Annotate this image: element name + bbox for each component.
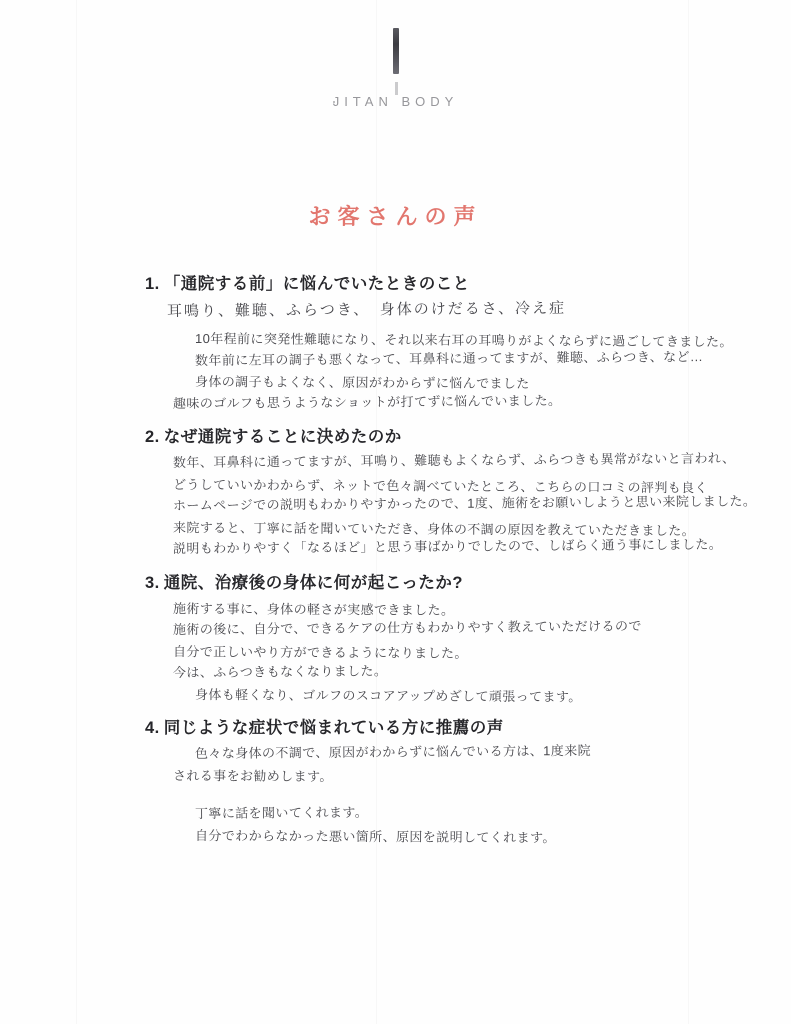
question-text: 通院、治療後の身体に何が起こったか? bbox=[164, 574, 463, 592]
handwritten-answer-line: 丁寧に話を聞いてくれます。 bbox=[195, 799, 767, 825]
handwritten-answer-line: ホームページでの説明もわかりやすかったので、1度、施術をお願いしようと思い来院し… bbox=[173, 490, 767, 516]
question-text: 「通院する前」に悩んでいたときのこと bbox=[164, 275, 470, 293]
question-section-4: 4.同じような症状で悩まれている方に推薦の声 色々な身体の不調で、原因がわからず… bbox=[145, 718, 767, 846]
handwritten-answer-line: 説明もわかりやすく「なるほど」と思う事ばかりでしたので、しばらく通う事にしました… bbox=[173, 533, 767, 559]
scanned-page: JITAN BODY お客さんの声 1.「通院する前」に悩んでいたときのこと 耳… bbox=[0, 0, 791, 1024]
question-section-2: 2.なぜ通院することに決めたのか 数年、耳鼻科に通ってますが、耳鳴り、難聴もよく… bbox=[145, 427, 767, 560]
testimonial-content: 1.「通院する前」に悩んでいたときのこと 耳鳴り、難聴、ふらつき、 身体のけだる… bbox=[145, 274, 767, 846]
question-text: なぜ通院することに決めたのか bbox=[164, 428, 402, 446]
handwritten-answer-line: 色々な身体の不調で、原因がわからずに悩んでいる方は、1度来院 bbox=[195, 739, 767, 765]
question-number: 3. bbox=[145, 574, 160, 592]
handwritten-answer-line: 数年前に左耳の調子も悪くなって、耳鼻科に通ってますが、難聴、ふらつき、など… bbox=[195, 345, 767, 371]
question-heading: 3.通院、治療後の身体に何が起こったか? bbox=[145, 573, 767, 593]
question-number: 1. bbox=[145, 275, 160, 293]
handwritten-answer-line: 施術の後に、自分で、できるケアの仕方もわかりやすく教えていただけるので bbox=[173, 614, 767, 640]
question-heading: 2.なぜ通院することに決めたのか bbox=[145, 427, 767, 447]
handwritten-answer-line: 今は、ふらつきもなくなりました。 bbox=[173, 657, 767, 683]
question-number: 4. bbox=[145, 719, 160, 737]
brand-name: JITAN BODY bbox=[0, 94, 791, 109]
scan-artifact bbox=[76, 0, 77, 1024]
handwritten-answer-line: 趣味のゴルフも思うようなショットが打てずに悩んでいました。 bbox=[173, 388, 767, 414]
question-heading: 1.「通院する前」に悩んでいたときのこと bbox=[145, 274, 767, 294]
handwritten-answer-line: 身体も軽くなり、ゴルフのスコアアップめざして頑張ってます。 bbox=[195, 684, 767, 709]
question-section-3: 3.通院、治療後の身体に何が起こったか? 施術する事に、身体の軽さが実感できまし… bbox=[145, 573, 767, 706]
question-text: 同じような症状で悩まれている方に推薦の声 bbox=[164, 719, 504, 737]
question-section-1: 1.「通院する前」に悩んでいたときのこと 耳鳴り、難聴、ふらつき、 身体のけだる… bbox=[145, 274, 767, 414]
handwritten-answer-line: 数年、耳鼻科に通ってますが、耳鳴り、難聴もよくならず、ふらつきも異常がないと言わ… bbox=[173, 447, 767, 473]
brush-stroke-logo-icon bbox=[393, 28, 399, 74]
question-heading: 4.同じような症状で悩まれている方に推薦の声 bbox=[145, 718, 767, 738]
question-number: 2. bbox=[145, 428, 160, 446]
handwritten-answer-line: される事をお勧めします。 bbox=[173, 765, 767, 790]
handwritten-answer-line: 自分でわからなかった悪い箇所、原因を説明してくれます。 bbox=[195, 825, 767, 850]
handwritten-answer-line: 耳鳴り、難聴、ふらつき、 身体のけだるさ、冷え症 bbox=[167, 294, 767, 325]
page-title: お客さんの声 bbox=[0, 200, 791, 231]
